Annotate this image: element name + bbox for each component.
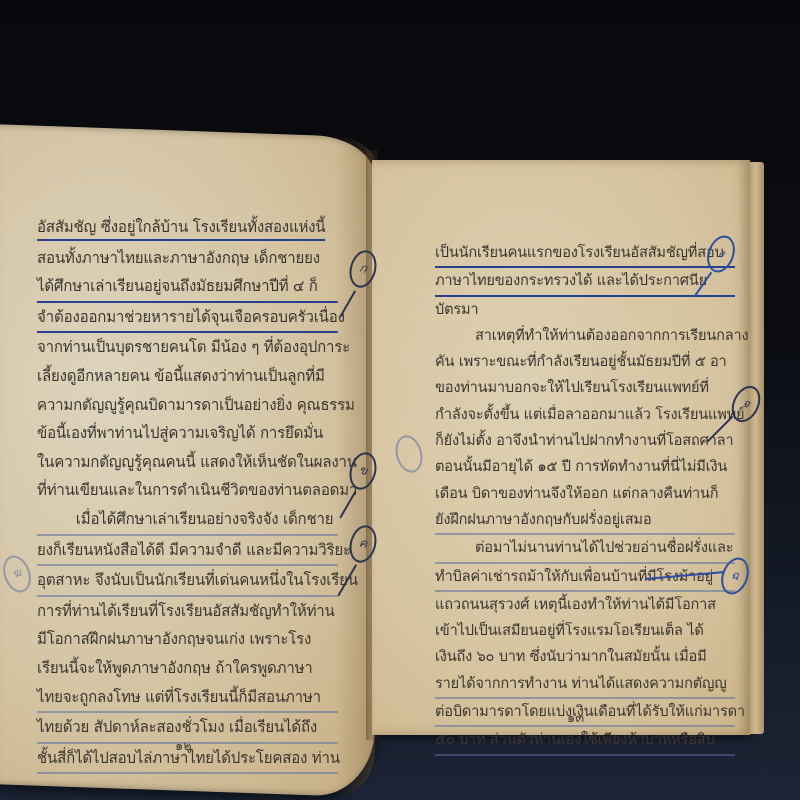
text-line: ของท่านมาบอกจะให้ไปเรียนโรงเรียนแพทย์ที่ [435,375,735,401]
text-line: ก็ยังไม่ตั้ง อาจึงนำท่านไปฝากทำงานที่โอส… [435,428,735,454]
text-line: ยงก็เรียนหนังสือได้ดี มีความจำดี และมีคว… [37,536,338,567]
text-line: เลี้ยงดูอีกหลายคน ข้อนี้แสดงว่าท่านเป็นล… [37,362,338,391]
text-line: เดือน บิดาของท่านจึงให้ออก แต่กลางคืนท่า… [435,481,735,507]
text-line: ไทยจะถูกลงโทษ แต่ที่โรงเรียนนี้ก็มีสอนภา… [37,683,338,714]
text-line: ยังฝึกฝนภาษาอังกฤษกับฝรั่งอยู่เสมอ [435,507,735,535]
text-line: ทำบิลค่าเช่ารถม้าให้กับเพื่อนบ้านที่มีโร… [435,564,735,592]
right-page-number: ๑๓ [567,707,584,728]
text-line: ที่ท่านเขียนและในการดำเนินชีวิตของท่านตล… [37,476,338,505]
open-book-photo: อัสสัมชัญ ซึ่งอยู่ใกล้บ้าน โรงเรียนทั้งส… [0,0,800,800]
text-line: คัน เพราะขณะที่กำลังเรียนอยู่ชั้นมัธยมปี… [435,349,735,375]
right-page-stack-edge [750,162,764,734]
text-line: อัสสัมชัญ ซึ่งอยู่ใกล้บ้าน โรงเรียนทั้งส… [37,213,325,241]
text-line: ตอนนั้นมีอายุได้ ๑๕ ปี การหัดทำงานที่นี่… [435,454,735,480]
left-page-number: ๑๒ [175,735,192,756]
text-line: มีโอกาสฝึกฝนภาษาอังกฤษจนเก่ง เพราะโรง [37,625,338,654]
text-line: สาเหตุที่ทำให้ท่านต้องออกจากการเรียนกลาง [435,323,735,349]
text-line: บัตรมา [435,297,735,323]
text-line: กำลังจะตั้งขึ้น แต่เมื่อลาออกมาแล้ว โรงเ… [435,402,735,428]
text-line: เข้าไปเป็นเสมียนอยู่ที่โรงแรมโอเรียนเต็ล… [435,618,735,644]
text-line: เมื่อได้ศึกษาเล่าเรียนอย่างจริงจัง เด็กช… [37,505,338,536]
text-line: แถวถนนสุรวงศ์ เหตุนี้เองทำให้ท่านได้มีโอ… [435,592,735,618]
text-line: ๕๐ บาท ส่วนตัวท่านเองใช้เพียงห้าบาทหรือส… [435,727,735,755]
text-line: ภาษาไทยของกระทรวงได้ และได้ประกาศนีย [435,268,735,296]
text-line: ในความกตัญญูรู้คุณคนนี้ แสดงให้เห็นชัดใน… [37,448,338,477]
text-line: เรียนนี้จะให้พูดภาษาอังกฤษ ถ้าใครพูดภาษา [37,654,338,683]
text-line: ความกตัญญูรู้คุณบิดามารดาเป็นอย่างยิ่ง ค… [37,391,338,420]
text-line: ต่อมาไม่นานท่านได้ไปช่วยอ่านชื่อฝรั่งและ [435,535,735,563]
text-line: รายได้จากการทำงาน ท่านได้แสดงความกตัญญู [435,671,735,699]
text-line: จำต้องออกมาช่วยหารายได้จุนเจือครอบครัวเน… [37,303,338,334]
text-line: เงินถึง ๖๐ บาท ซึ่งนับว่ามากในสมัยนั้น เ… [435,644,735,670]
text-line: อุตสาหะ จึงนับเป็นนักเรียนที่เด่นคนหนึ่ง… [37,566,338,597]
text-line: ได้ศึกษาเล่าเรียนอยู่จนถึงมัธยมศึกษาปีที… [37,272,338,303]
text-line: ต่อบิดามารดาโดยแบ่งเงินเดือนที่ได้รับให้… [435,699,735,727]
text-line: สอนทั้งภาษาไทยและภาษาอังกฤษ เด็กชายยง [37,244,338,273]
right-page-text: เป็นนักเรียนคนแรกของโรงเรียนอัสสัมชัญที่… [435,240,735,756]
text-line: จากท่านเป็นบุตรชายคนโต มีน้อง ๆ ที่ต้องอ… [37,333,338,362]
text-line: เป็นนักเรียนคนแรกของโรงเรียนอัสสัมชัญที่… [435,240,735,268]
text-line: ข้อนี้เองที่พาท่านไปสู่ความเจริญได้ การย… [37,419,338,448]
left-page-text: อัสสัมชัญ ซึ่งอยู่ใกล้บ้าน โรงเรียนทั้งส… [37,213,347,774]
text-line: การที่ท่านได้เรียนที่โรงเรียนอัสสัมชัญทำ… [37,597,338,626]
